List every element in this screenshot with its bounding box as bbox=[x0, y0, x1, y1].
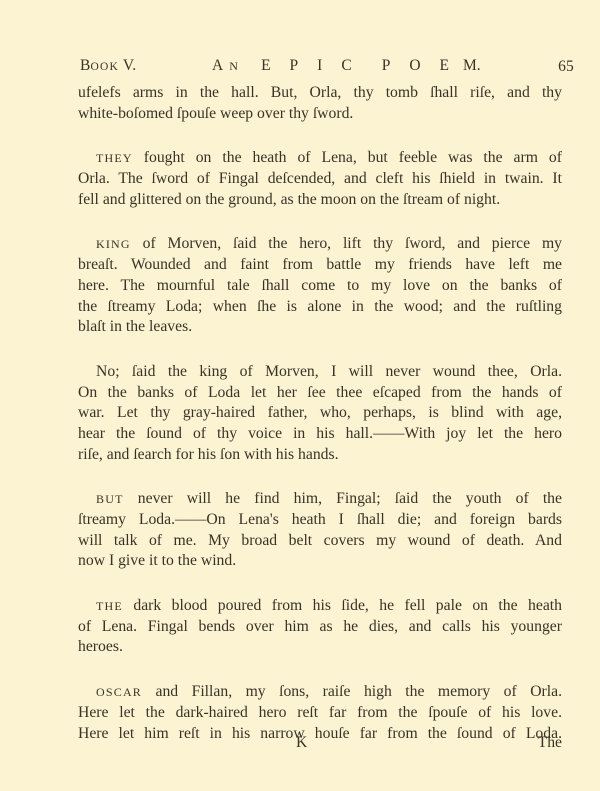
text-line: riſe, and ſearch for his ſon with his ha… bbox=[78, 445, 562, 466]
body-text: ufelefs arms in the hall. But, Orla, thy… bbox=[78, 83, 562, 744]
catchword: The bbox=[538, 734, 562, 752]
text-line: On the banks of Loda let her ſee thee eſ… bbox=[78, 383, 562, 404]
paragraph: But never will he find him, Fingal; ſaid… bbox=[78, 489, 562, 572]
text-line: here. The mournful tale ſhall come to my… bbox=[78, 276, 562, 297]
text-line: Oscar and Fillan, my ſons, raiſe high th… bbox=[78, 682, 562, 703]
paragraph-lead: The bbox=[96, 599, 123, 613]
text-line: ufelefs arms in the hall. But, Orla, thy… bbox=[78, 83, 562, 104]
paragraph-lead: Oscar bbox=[96, 685, 142, 699]
text-line: Here let the dark-haired hero reſt far f… bbox=[78, 703, 562, 724]
paragraph: The dark blood poured from his ſide, he … bbox=[78, 596, 562, 658]
text-line: hear the ſound of thy voice in his hall.… bbox=[78, 424, 562, 445]
text-line: fell and glittered on the ground, as the… bbox=[78, 190, 562, 211]
text-line: Orla. The ſword of Fingal deſcended, and… bbox=[78, 169, 562, 190]
text-line: war. Let thy gray-haired father, who, pe… bbox=[78, 403, 562, 424]
text-line: white-boſomed ſpouſe weep over thy ſword… bbox=[78, 104, 562, 125]
paragraph-lead: But bbox=[96, 492, 124, 506]
text-line: But never will he find him, Fingal; ſaid… bbox=[78, 489, 562, 510]
book-number: Book V. bbox=[80, 57, 136, 75]
running-header: Book V. ANEPICPOEM. 65 bbox=[80, 57, 574, 79]
book-page: Book V. ANEPICPOEM. 65 ufelefs arms in t… bbox=[0, 0, 600, 791]
text-line: No; ſaid the king of Morven, I will neve… bbox=[78, 362, 562, 383]
text-line: The dark blood poured from his ſide, he … bbox=[78, 596, 562, 617]
paragraph: King of Morven, ſaid the hero, lift thy … bbox=[78, 234, 562, 337]
paragraph-lead: King bbox=[96, 237, 131, 251]
text-line: breaſt. Wounded and faint from battle my… bbox=[78, 255, 562, 276]
text-line: King of Morven, ſaid the hero, lift thy … bbox=[78, 234, 562, 255]
text-line: They fought on the heath of Lena, but fe… bbox=[78, 148, 562, 169]
page-footer: K The bbox=[78, 734, 562, 756]
paragraph-lead: No bbox=[96, 363, 115, 380]
text-line: ſtreamy Loda.——On Lena's heath I ſhall d… bbox=[78, 510, 562, 531]
paragraph: ufelefs arms in the hall. But, Orla, thy… bbox=[78, 83, 562, 124]
text-line: of Lena. Fingal bends over him as he die… bbox=[78, 617, 562, 638]
text-line: blaſt in the leaves. bbox=[78, 317, 562, 338]
paragraph: No; ſaid the king of Morven, I will neve… bbox=[78, 362, 562, 465]
signature-mark: K bbox=[296, 734, 307, 752]
text-line: now I give it to the wind. bbox=[78, 551, 562, 572]
text-line: will talk of me. My broad belt covers my… bbox=[78, 531, 562, 552]
text-line: the ſtreamy Loda; when ſhe is alone in t… bbox=[78, 297, 562, 318]
paragraph: They fought on the heath of Lena, but fe… bbox=[78, 148, 562, 210]
text-line: heroes. bbox=[78, 637, 562, 658]
paragraph-lead: They bbox=[96, 151, 133, 165]
page-number: 65 bbox=[558, 58, 574, 76]
running-title: ANEPICPOEM. bbox=[212, 57, 481, 75]
